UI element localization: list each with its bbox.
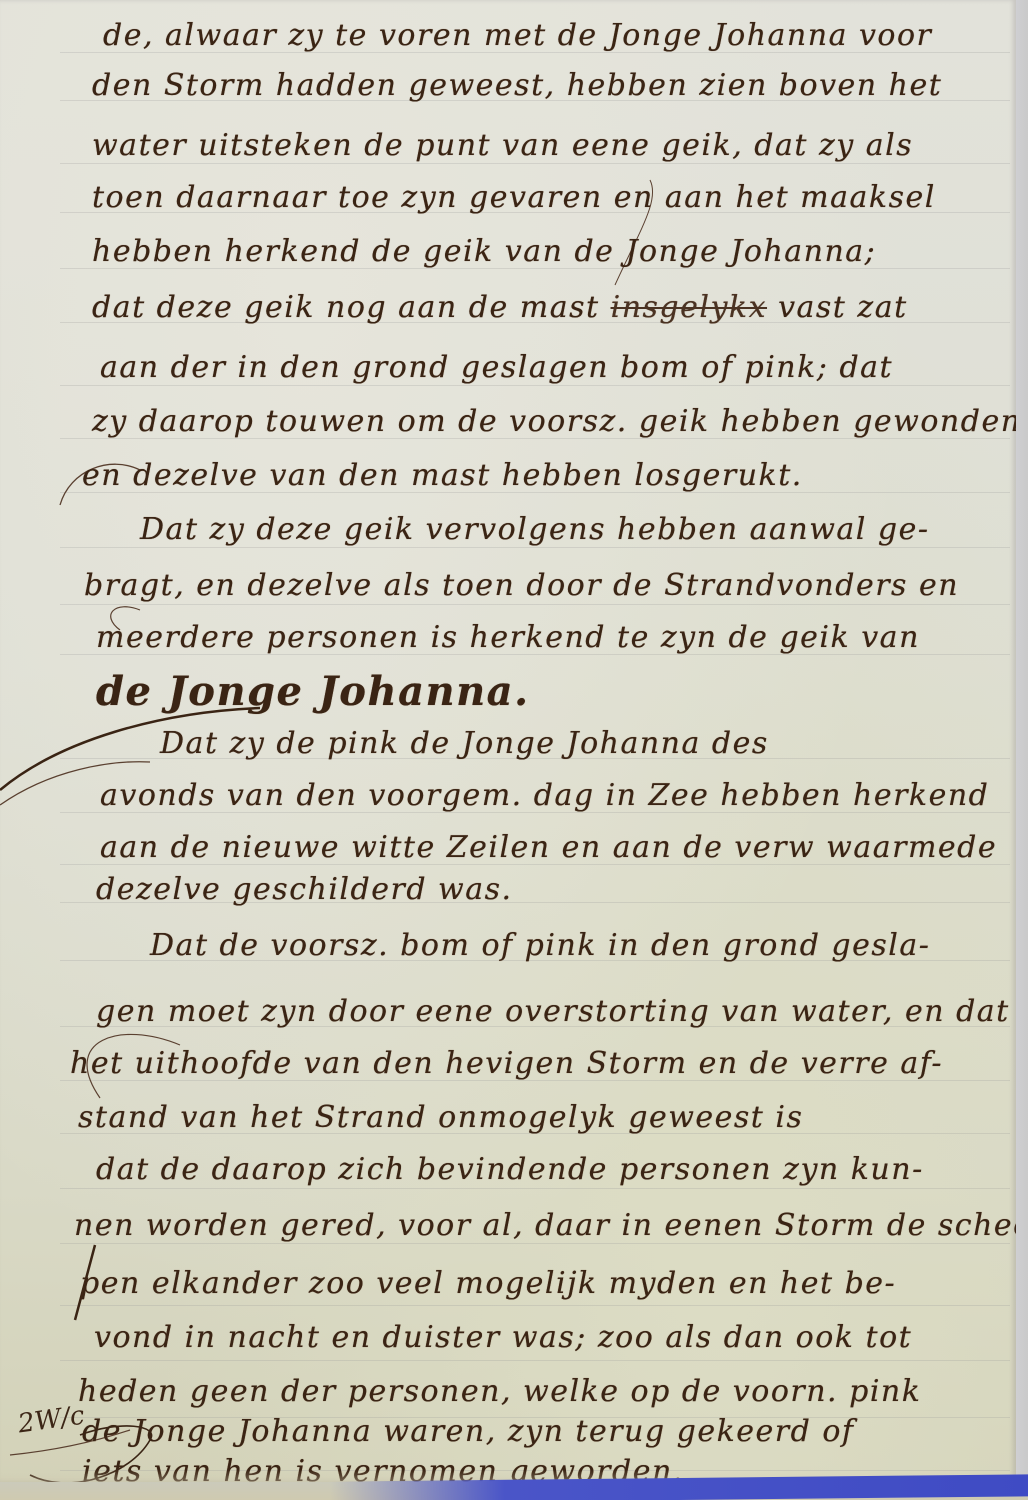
line-text: Dat zy deze geik vervolgens hebben aanwa… xyxy=(140,512,929,547)
line-text: het uithoofde van den hevigen Storm en d… xyxy=(70,1046,943,1081)
manuscript-line-27: de Jonge Johanna waren, zyn terug gekeer… xyxy=(82,1414,855,1449)
line-text: bragt, en dezelve als toen door de Stran… xyxy=(84,568,959,603)
ruling-line xyxy=(60,385,1010,386)
line-text: water uitsteken de punt van eene geik, d… xyxy=(92,128,913,163)
line-text: zy daarop touwen om de voorsz. geik hebb… xyxy=(92,404,1022,439)
manuscript-line-1: de, alwaar zy te voren met de Jonge Joha… xyxy=(103,18,932,53)
line-text: dat deze geik nog aan de mast xyxy=(92,290,600,325)
manuscript-line-9: en dezelve van den mast hebben losgerukt… xyxy=(82,458,803,493)
ruling-line xyxy=(60,604,1010,605)
line-text: aan der in den grond geslagen bom of pin… xyxy=(100,350,893,385)
manuscript-line-23: nen worden gered, voor al, daar in eenen… xyxy=(74,1208,1028,1243)
manuscript-line-17: dezelve geschilderd was. xyxy=(96,872,513,907)
manuscript-page: de, alwaar zy te voren met de Jonge Joha… xyxy=(0,0,1018,1482)
struck-through-word: insgelykx xyxy=(611,290,767,325)
manuscript-line-11: bragt, en dezelve als toen door de Stran… xyxy=(84,568,959,603)
manuscript-line-12: meerdere personen is herkend te zyn de g… xyxy=(96,620,920,655)
line-text: vond in nacht en duister was; zoo als da… xyxy=(94,1320,912,1355)
manuscript-line-10: Dat zy deze geik vervolgens hebben aanwa… xyxy=(140,512,929,547)
line-text: den Storm hadden geweest, hebben zien bo… xyxy=(92,68,942,103)
ruling-line xyxy=(60,1360,1010,1361)
manuscript-line-26: heden geen der personen, welke op de voo… xyxy=(78,1374,921,1409)
line-text: aan de nieuwe witte Zeilen en aan de ver… xyxy=(100,830,997,865)
manuscript-line-6: dat deze geik nog aan de mast insgelykx … xyxy=(92,290,908,325)
line-text: pen elkander zoo veel mogelijk myden en … xyxy=(80,1266,896,1301)
line-text: nen worden gered, voor al, daar in eenen… xyxy=(74,1208,1028,1243)
line-text: meerdere personen is herkend te zyn de g… xyxy=(96,620,920,655)
manuscript-line-25: vond in nacht en duister was; zoo als da… xyxy=(94,1320,912,1355)
manuscript-line-21: stand van het Strand onmogelyk geweest i… xyxy=(78,1100,803,1135)
manuscript-line-19: gen moet zyn door eene overstorting van … xyxy=(96,994,1010,1029)
ruling-line xyxy=(60,163,1010,164)
margin-note: 2W/c xyxy=(16,1401,86,1440)
line-text: heden geen der personen, welke op de voo… xyxy=(78,1374,921,1409)
line-text: Dat de voorsz. bom of pink in den grond … xyxy=(150,928,930,963)
line-text: dat de daarop zich bevindende personen z… xyxy=(96,1152,924,1187)
manuscript-line-18: Dat de voorsz. bom of pink in den grond … xyxy=(150,928,930,963)
manuscript-line-14: Dat zy de pink de Jonge Johanna des xyxy=(160,726,769,761)
line-text: de Jonge Johanna. xyxy=(96,668,530,715)
line-text: Dat zy de pink de Jonge Johanna des xyxy=(160,726,769,761)
line-text: avonds van den voorgem. dag in Zee hebbe… xyxy=(100,778,989,813)
line-text: en dezelve van den mast hebben losgerukt… xyxy=(82,458,803,493)
ruling-line xyxy=(60,1305,1010,1306)
manuscript-line-3: water uitsteken de punt van eene geik, d… xyxy=(92,128,913,163)
manuscript-line-24: pen elkander zoo veel mogelijk myden en … xyxy=(80,1266,896,1301)
manuscript-line-16: aan de nieuwe witte Zeilen en aan de ver… xyxy=(100,830,997,865)
ruling-line xyxy=(60,1188,1010,1189)
manuscript-line-4: toen daarnaar toe zyn gevaren en aan het… xyxy=(92,180,936,215)
line-text: vast zat xyxy=(778,290,908,325)
manuscript-line-22: dat de daarop zich bevindende personen z… xyxy=(96,1152,924,1187)
line-text: stand van het Strand onmogelyk geweest i… xyxy=(78,1100,803,1135)
line-text: hebben herkend de geik van de Jonge Joha… xyxy=(92,234,876,269)
manuscript-line-2: den Storm hadden geweest, hebben zien bo… xyxy=(92,68,942,103)
manuscript-line-7: aan der in den grond geslagen bom of pin… xyxy=(100,350,893,385)
line-text: de Jonge Johanna waren, zyn terug gekeer… xyxy=(82,1414,855,1449)
manuscript-line-20: het uithoofde van den hevigen Storm en d… xyxy=(70,1046,943,1081)
line-text: gen moet zyn door eene overstorting van … xyxy=(96,994,1010,1029)
ruling-line xyxy=(60,1243,1010,1244)
line-text: toen daarnaar toe zyn gevaren en aan het… xyxy=(92,180,936,215)
manuscript-line-13: de Jonge Johanna. xyxy=(96,668,530,715)
line-text: dezelve geschilderd was. xyxy=(96,872,513,907)
background-edge xyxy=(1016,0,1028,1500)
ruling-line xyxy=(60,547,1010,548)
manuscript-line-5: hebben herkend de geik van de Jonge Joha… xyxy=(92,234,876,269)
manuscript-line-8: zy daarop touwen om de voorsz. geik hebb… xyxy=(92,404,1022,439)
line-text: de, alwaar zy te voren met de Jonge Joha… xyxy=(103,18,932,53)
manuscript-line-15: avonds van den voorgem. dag in Zee hebbe… xyxy=(100,778,989,813)
